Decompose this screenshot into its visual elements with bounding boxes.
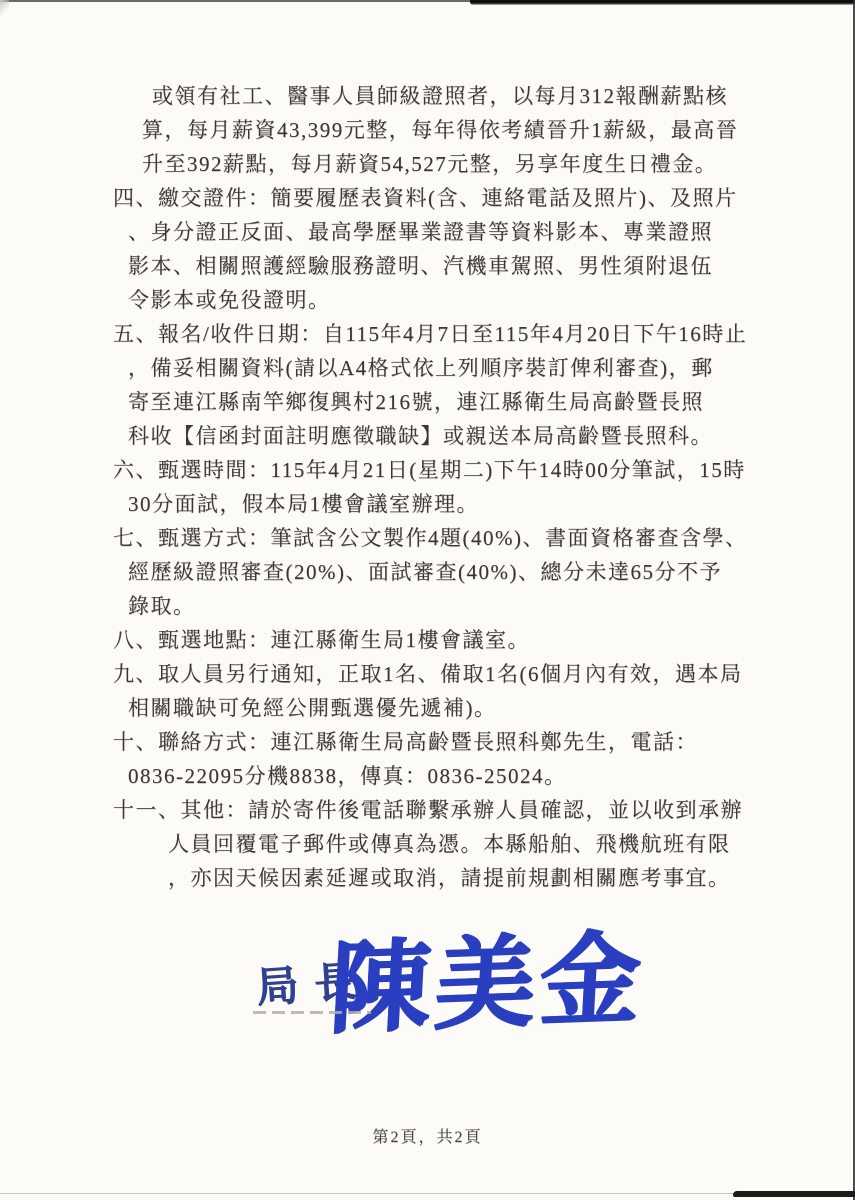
page-footer: 第2頁，共2頁 [0, 1124, 855, 1147]
document-line: 錄取。 [128, 589, 855, 623]
document-line: ，備妥相關資料(請以A4格式依上列順序裝訂俾利審查)，郵 [128, 351, 855, 385]
document-line: 0836-22095分機8838，傳真：0836-25024。 [128, 759, 855, 793]
document-line: 、身分證正反面、最高學歷畢業證書等資料影本、專業證照 [128, 215, 855, 249]
signature-underline [253, 1011, 371, 1014]
document-line: 令影本或免役證明。 [128, 283, 855, 317]
document-line: ，亦因天候因素延遲或取消，請提前規劃相關應考事宜。 [168, 861, 855, 895]
scan-corner-top-left [0, 0, 9, 16]
scanned-document-page: 或領有社工、醫事人員師級證照者，以每月312報酬薪點核算，每月薪資43,399元… [0, 0, 855, 1200]
signature-name: 陳美金 [326, 897, 648, 1052]
scan-edge-top-right [470, 0, 855, 5]
document-line: 九、取人員另行通知，正取1名、備取1名(6個月內有效，遇本局 [113, 657, 855, 691]
document-line: 升至392薪點，每月薪資54,527元整，另享年度生日禮金。 [142, 147, 855, 181]
document-line: 30分面試，假本局1樓會議室辦理。 [128, 487, 855, 521]
document-line: 算，每月薪資43,399元整，每年得依考績晉升1薪級，最高晉 [142, 113, 855, 147]
document-line: 四、繳交證件：簡要履歷表資料(含、連絡電話及照片)、及照片 [113, 181, 855, 215]
scan-edge-bottom-right [733, 1191, 855, 1197]
document-line: 六、甄選時間：115年4月21日(星期二)下午14時00分筆試，15時 [113, 453, 855, 487]
document-body: 或領有社工、醫事人員師級證照者，以每月312報酬薪點核算，每月薪資43,399元… [0, 79, 855, 895]
document-line: 八、甄選地點：連江縣衛生局1樓會議室。 [113, 623, 855, 657]
document-line: 影本、相關照護經驗服務證明、汽機車駕照、男性須附退伍 [128, 249, 855, 283]
document-line: 科收【信函封面註明應徵職缺】或親送本局高齡暨長照科。 [128, 419, 855, 453]
scan-edge-top [0, 0, 513, 2]
document-line: 十一、其他：請於寄件後電話聯繫承辦人員確認，並以收到承辦 [113, 793, 855, 827]
page-number: 第2頁，共2頁 [372, 1129, 482, 1146]
document-line: 七、甄選方式：筆試含公文製作4題(40%)、書面資格審查含學、 [113, 521, 855, 555]
document-line: 或領有社工、醫事人員師級證照者，以每月312報酬薪點核 [152, 79, 855, 113]
document-line: 五、報名/收件日期：自115年4月7日至115年4月20日下午16時止 [113, 317, 855, 351]
document-line: 經歷級證照審查(20%)、面試審查(40%)、總分未達65分不予 [128, 555, 855, 589]
signature-block: 局長 陳美金 [0, 905, 855, 1065]
document-line: 十、聯絡方式：連江縣衛生局高齡暨長照科鄭先生，電話： [113, 725, 855, 759]
scan-edge-bottom [0, 1193, 855, 1194]
document-line: 人員回覆電子郵件或傳真為憑。本縣船舶、飛機航班有限 [168, 827, 855, 861]
document-line: 寄至連江縣南竿鄉復興村216號，連江縣衛生局高齡暨長照 [128, 385, 855, 419]
document-line: 相關職缺可免經公開甄選優先遞補)。 [128, 691, 855, 725]
